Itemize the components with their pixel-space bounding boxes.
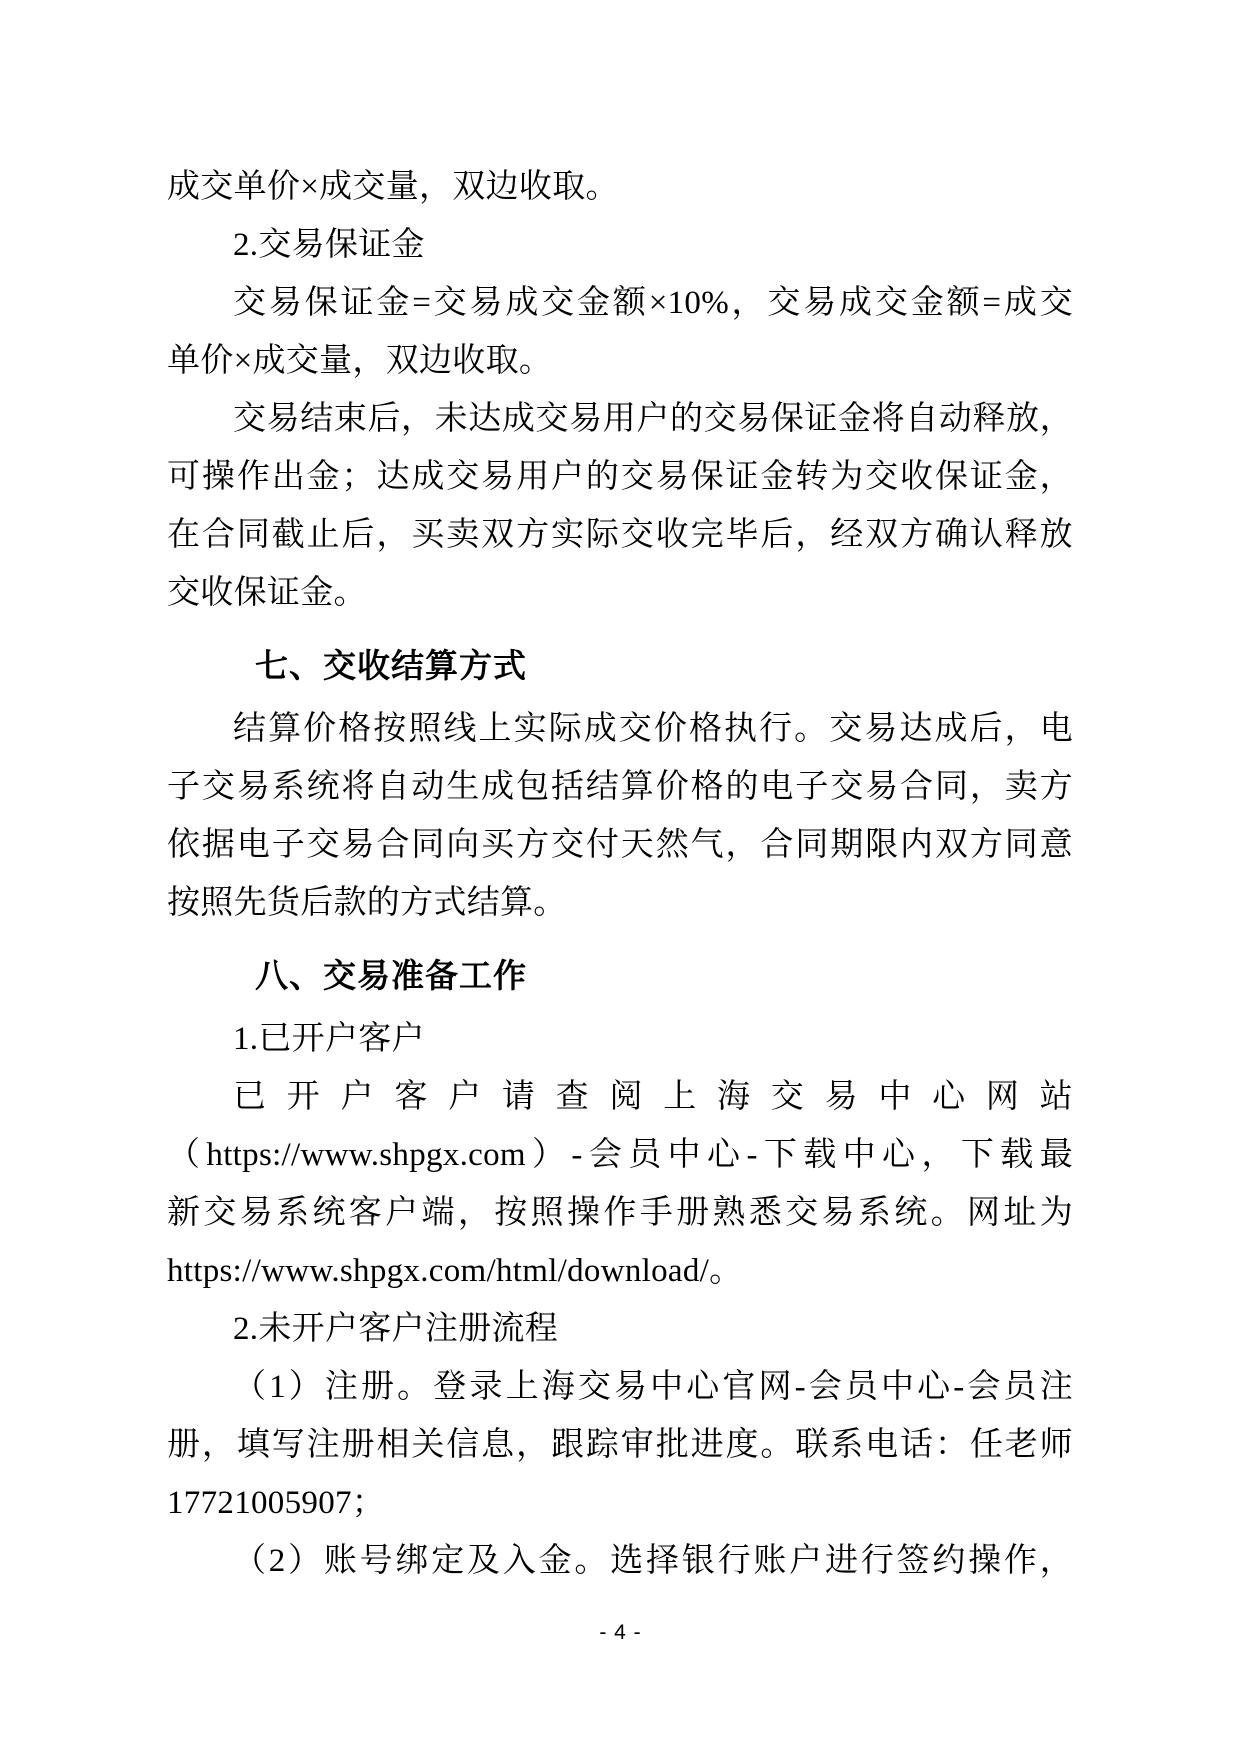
text-line: （1）注册。登录上海交易中心官网-会员中心-会员注 [167,1358,1073,1416]
text-line: 1.已开户客户 [167,1010,1073,1068]
text-line: （https://www.shpgx.com）-会员中心-下载中心，下载最 [167,1126,1073,1184]
text-line: 单价×成交量，双边收取。 [167,332,1073,390]
document-page: 成交单价×成交量，双边收取。2.交易保证金交易保证金=交易成交金额×10%，交易… [0,0,1241,1754]
text-line: 17721005907； [167,1474,1073,1532]
text-line: 交易结束后，未达成交易用户的交易保证金将自动释放， [167,390,1073,448]
text-line: 子交易系统将自动生成包括结算价格的电子交易合同，卖方 [167,758,1073,816]
text-line: 册，填写注册相关信息，跟踪审批进度。联系电话：任老师 [167,1416,1073,1474]
text-line: 新交易系统客户端，按照操作手册熟悉交易系统。网址为 [167,1184,1073,1242]
text-line: 2.交易保证金 [167,216,1073,274]
text-line: 可操作出金；达成交易用户的交易保证金转为交收保证金， [167,448,1073,506]
text-line: 2.未开户客户注册流程 [167,1300,1073,1358]
section-heading: 八、交易准备工作 [167,948,1073,1006]
text-line: 在合同截止后，买卖双方实际交收完毕后，经双方确认释放 [167,506,1073,564]
text-line: 依据电子交易合同向买方交付天然气，合同期限内双方同意 [167,816,1073,874]
text-line: 成交单价×成交量，双边收取。 [167,158,1073,216]
page-number: - 4 - [0,1620,1241,1646]
text-line: 结算价格按照线上实际成交价格执行。交易达成后，电 [167,700,1073,758]
text-line: 已开户客户请查阅上海交易中心网站 [167,1068,1073,1126]
text-line: （2）账号绑定及入金。选择银行账户进行签约操作， [167,1532,1073,1590]
text-line: 交易保证金=交易成交金额×10%，交易成交金额=成交 [167,274,1073,332]
text-line: 按照先货后款的方式结算。 [167,874,1073,932]
section-heading: 七、交收结算方式 [167,638,1073,696]
document-body: 成交单价×成交量，双边收取。2.交易保证金交易保证金=交易成交金额×10%，交易… [167,158,1073,1590]
text-line: https://www.shpgx.com/html/download/。 [167,1242,1073,1300]
text-line: 交收保证金。 [167,564,1073,622]
